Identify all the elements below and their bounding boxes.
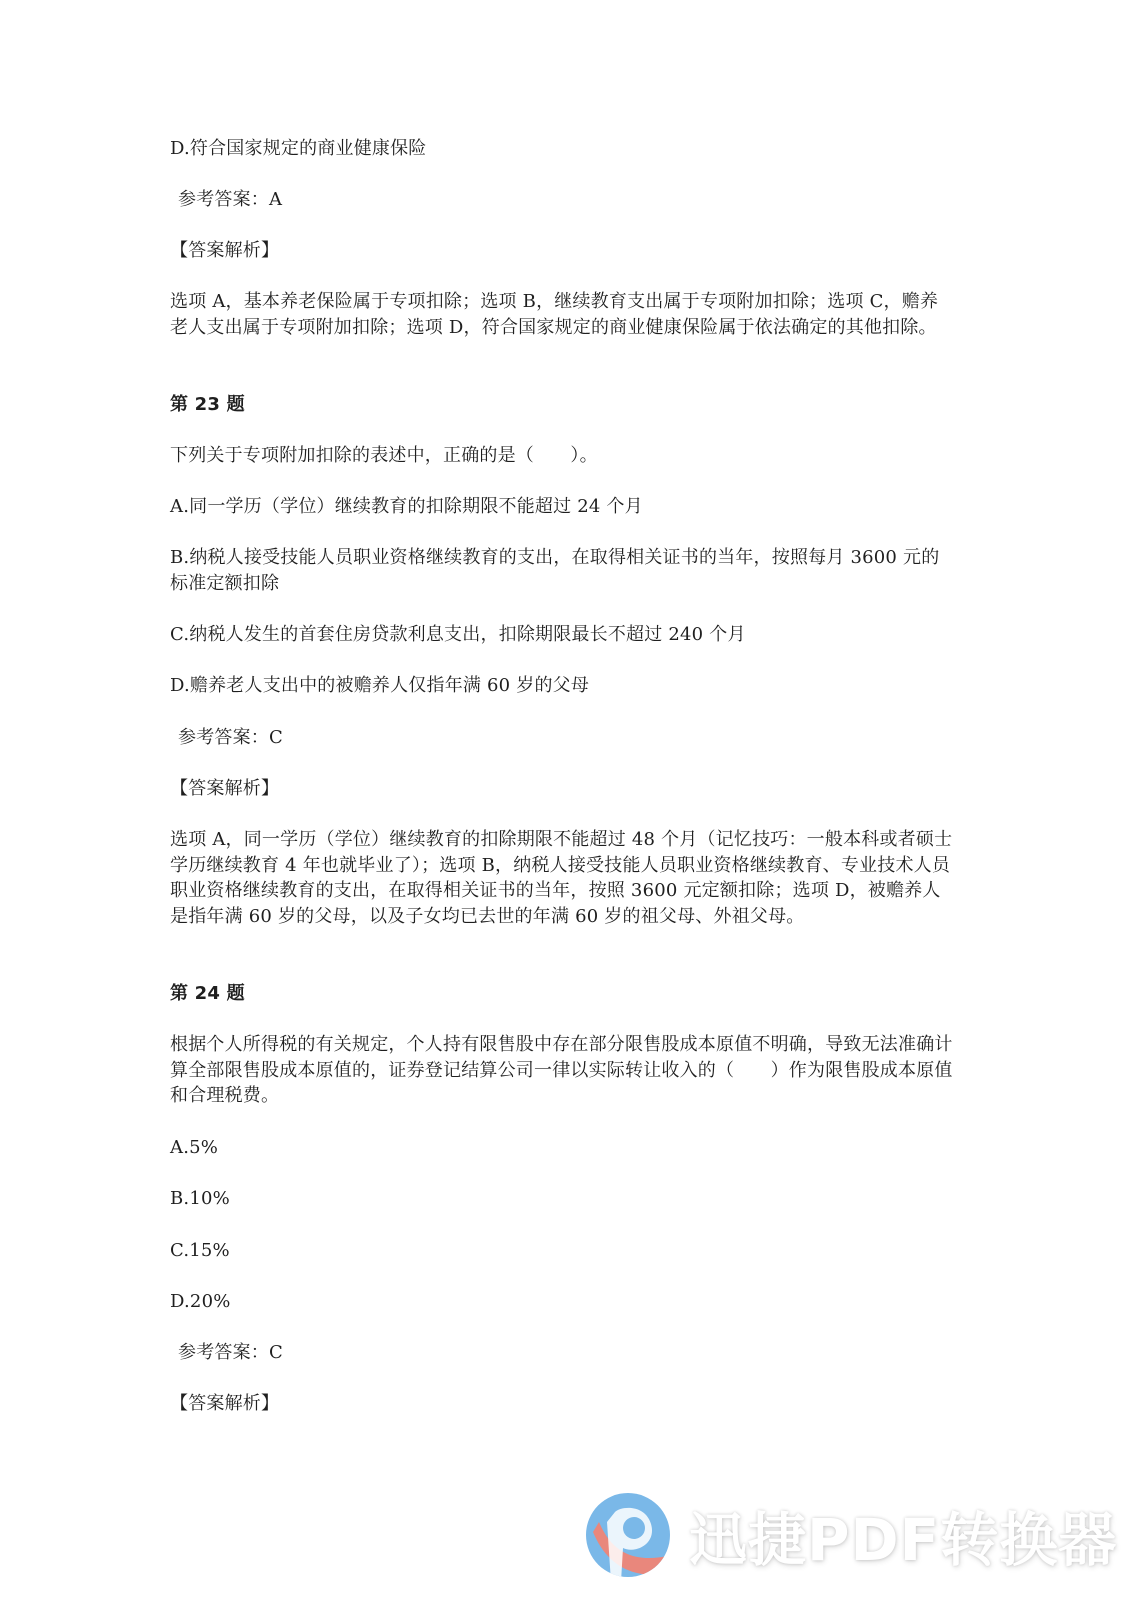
q23-option-b: B.纳税人接受技能人员职业资格继续教育的支出，在取得相关证书的当年，按照每月 3… — [170, 545, 955, 596]
q23-title: 第 23 题 — [170, 392, 955, 418]
q24-option-c: C.15% — [170, 1238, 955, 1264]
q23-option-d: D.赡养老人支出中的被赡养人仅指年满 60 岁的父母 — [170, 673, 955, 699]
xunjie-pdf-logo-icon — [585, 1492, 671, 1578]
q24-analysis-heading: 【答案解析】 — [170, 1391, 955, 1417]
q24-option-a: A.5% — [170, 1135, 955, 1161]
q24-option-d: D.20% — [170, 1289, 955, 1315]
q24-title: 第 24 题 — [170, 981, 955, 1007]
q23-stem: 下列关于专项附加扣除的表述中，正确的是（ ）。 — [170, 443, 955, 469]
watermark-text: 迅捷PDF转换器 — [689, 1493, 1117, 1577]
q23-analysis-heading: 【答案解析】 — [170, 776, 955, 802]
document-page: D.符合国家规定的商业健康保险 参考答案：A 【答案解析】 选项 A，基本养老保… — [0, 0, 1131, 1600]
q23-option-c: C.纳税人发生的首套住房贷款利息支出，扣除期限最长不超过 240 个月 — [170, 622, 955, 648]
q24-option-b: B.10% — [170, 1186, 955, 1212]
q22-reference-answer: 参考答案：A — [178, 187, 963, 213]
q22-analysis-text: 选项 A，基本养老保险属于专项扣除；选项 B，继续教育支出属于专项附加扣除；选项… — [170, 289, 955, 340]
q22-analysis-heading: 【答案解析】 — [170, 238, 955, 264]
watermark: 迅捷PDF转换器 — [585, 1487, 1105, 1582]
q22-option-d: D.符合国家规定的商业健康保险 — [170, 136, 955, 162]
q23-analysis-text: 选项 A，同一学历（学位）继续教育的扣除期限不能超过 48 个月（记忆技巧：一般… — [170, 827, 955, 929]
q23-reference-answer: 参考答案：C — [178, 725, 963, 751]
q24-stem: 根据个人所得税的有关规定，个人持有限售股中存在部分限售股成本原值不明确，导致无法… — [170, 1032, 955, 1109]
q24-reference-answer: 参考答案：C — [178, 1340, 963, 1366]
q23-option-a: A.同一学历（学位）继续教育的扣除期限不能超过 24 个月 — [170, 494, 955, 520]
